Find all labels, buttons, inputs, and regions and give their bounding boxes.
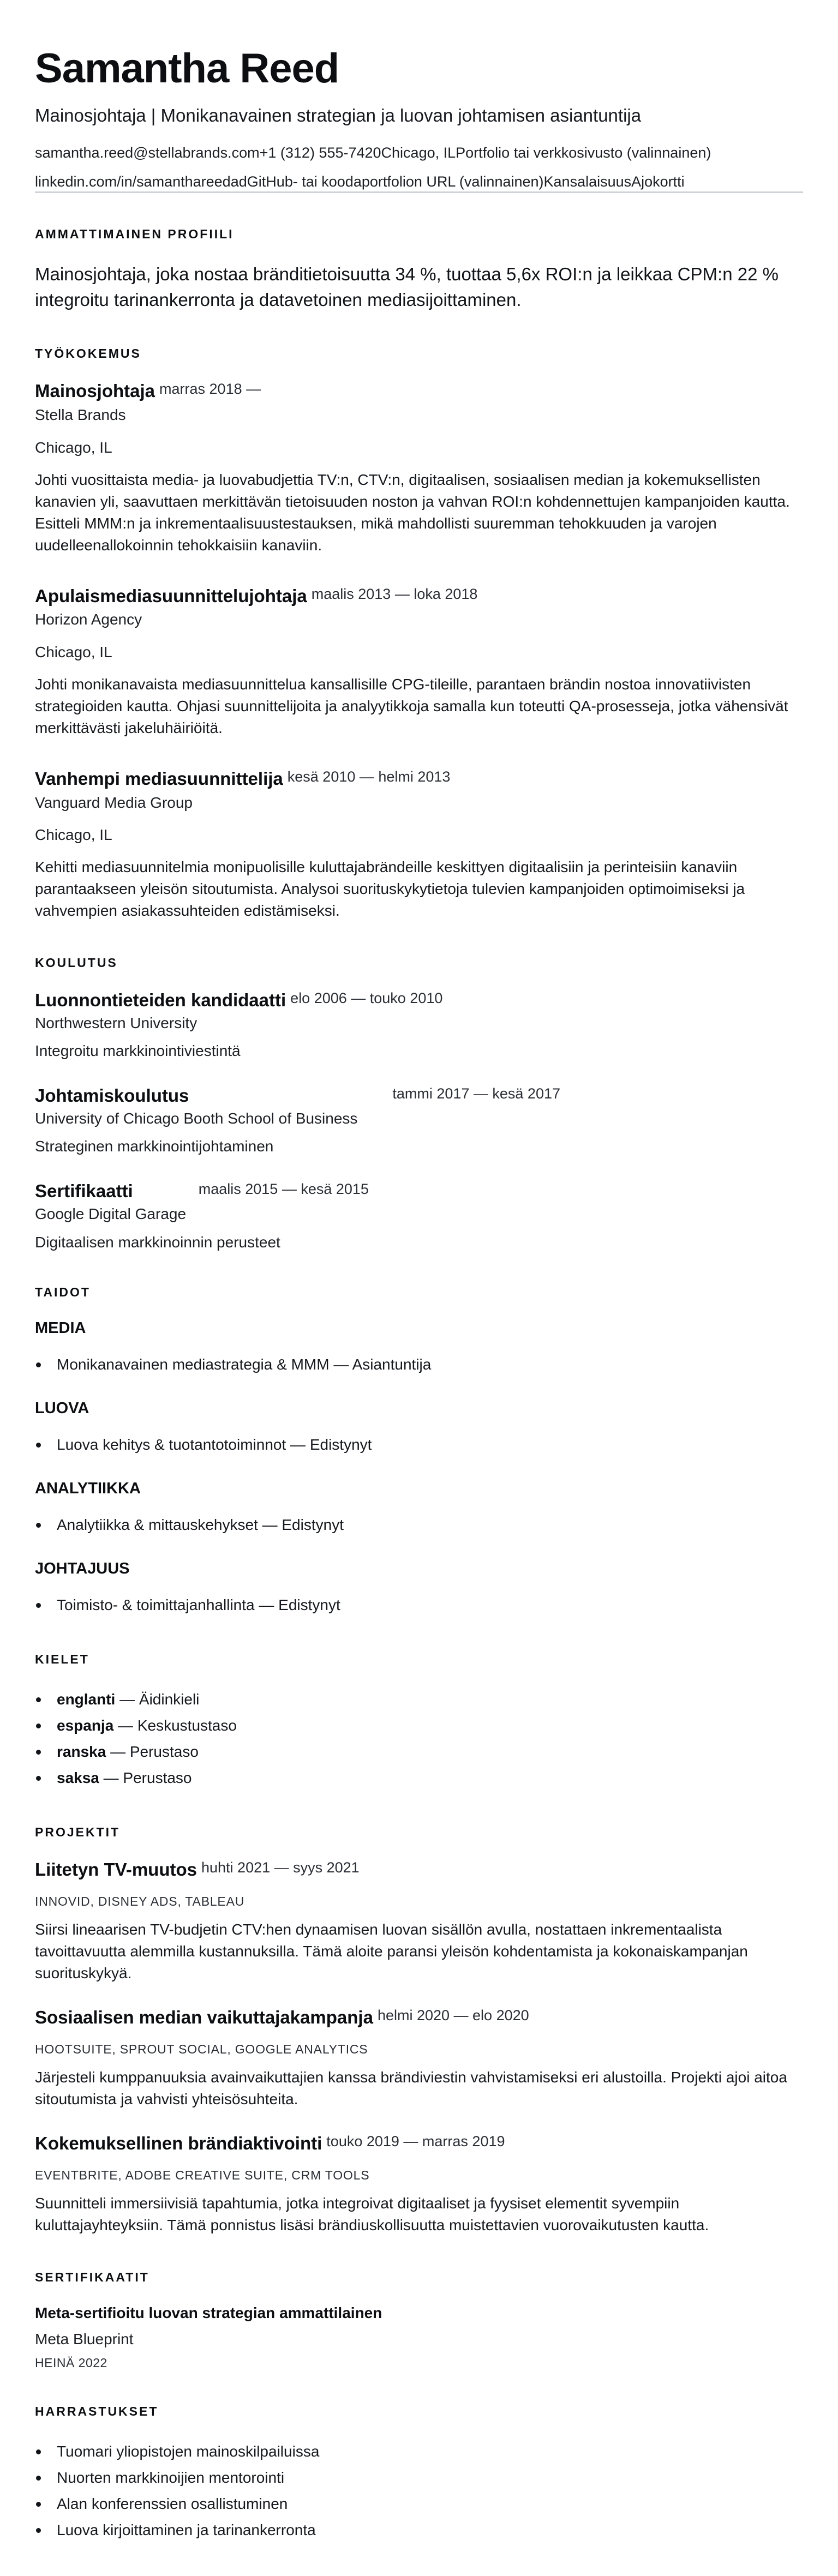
- job-entry: Vanhempi mediasuunnittelija kesä 2010 — …: [35, 768, 803, 922]
- job-title: Vanhempi mediasuunnittelija: [35, 768, 283, 789]
- project-entry: Liitetyn TV-muutos huhti 2021 — syys 202…: [35, 1859, 803, 1984]
- language-level: — Perustaso: [99, 1769, 192, 1786]
- certification-date: heinä 2022: [35, 2356, 803, 2370]
- language-name: saksa: [57, 1769, 99, 1786]
- linkedin-link[interactable]: linkedin.com/in/samanthareedad: [35, 173, 247, 190]
- skills-section: Taidot MEDIA Monikanavainen mediastrateg…: [35, 1285, 803, 1618]
- profile-section: Ammattimainen profiili Mainosjohtaja, jo…: [35, 227, 803, 313]
- interest-item: Luova kirjoittaminen ja tarinankerronta: [35, 2517, 803, 2543]
- projects-section: Projektit Liitetyn TV-muutos huhti 2021 …: [35, 1825, 803, 2236]
- resume-header: Samantha Reed Mainosjohtaja | Monikanava…: [35, 47, 803, 193]
- job-description: Johti monikanavaista mediasuunnittelua k…: [35, 674, 803, 739]
- school-name: Google Digital Garage: [35, 1205, 803, 1223]
- job-dates: kesä 2010 — helmi 2013: [288, 768, 451, 784]
- project-name: Kokemuksellinen brändiaktivointi: [35, 2133, 322, 2154]
- skill-category: LUOVA Luova kehitys & tuotantotoiminnot …: [35, 1400, 803, 1458]
- degree-title: Sertifikaatti: [35, 1181, 133, 1202]
- job-location: Chicago, IL: [35, 643, 803, 662]
- section-title-education: Koulutus: [35, 956, 803, 970]
- experience-section: Työkokemus Mainosjohtaja marras 2018 — S…: [35, 346, 803, 921]
- project-dates: helmi 2020 — elo 2020: [378, 2007, 529, 2023]
- education-entry: Luonnontieteiden kandidaatti elo 2006 — …: [35, 990, 803, 1060]
- language-name: espanja: [57, 1717, 113, 1734]
- skill-item: Monikanavainen mediastrategia & MMM — As…: [35, 1352, 803, 1378]
- education-entry: Johtamiskoulutus tammi 2017 — kesä 2017 …: [35, 1085, 803, 1156]
- language-name: ranska: [57, 1743, 106, 1760]
- email-link[interactable]: samantha.reed@stellabrands.com: [35, 145, 260, 161]
- project-description: Järjesteli kumppanuuksia avainvaikuttaji…: [35, 2067, 803, 2110]
- language-level: — Äidinkieli: [115, 1691, 199, 1708]
- job-company: Horizon Agency: [35, 610, 803, 629]
- project-tools: Innovid, Disney Ads, Tableau: [35, 1894, 803, 1909]
- resume-page: Samantha Reed Mainosjohtaja | Monikanava…: [0, 0, 838, 2576]
- job-dates: maalis 2013 — loka 2018: [312, 586, 478, 602]
- job-title: Apulaismediasuunnittelujohtaja: [35, 586, 307, 607]
- job-location: Chicago, IL: [35, 439, 803, 457]
- certification-issuer: Meta Blueprint: [35, 2331, 803, 2348]
- citizenship: Kansalaisuus: [544, 173, 632, 190]
- candidate-name: Samantha Reed: [35, 47, 803, 91]
- certifications-section: Sertifikaatit Meta-sertifioitu luovan st…: [35, 2270, 803, 2370]
- contact-line-primary: samantha.reed@stellabrands.com+1 (312) 5…: [35, 146, 803, 160]
- contact-line-secondary: linkedin.com/in/samanthareedadGitHub- ta…: [35, 175, 803, 193]
- job-company: Vanguard Media Group: [35, 794, 803, 812]
- section-title-profile: Ammattimainen profiili: [35, 227, 803, 242]
- interest-item: Nuorten markkinoijien mentorointi: [35, 2465, 803, 2491]
- project-entry: Sosiaalisen median vaikuttajakampanja he…: [35, 2007, 803, 2110]
- language-item: espanja — Keskustustaso: [35, 1713, 803, 1739]
- candidate-headline: Mainosjohtaja | Monikanavainen strategia…: [35, 105, 803, 127]
- language-item: englanti — Äidinkieli: [35, 1686, 803, 1713]
- github-link[interactable]: GitHub- tai koodaportfolion URL (valinna…: [247, 173, 544, 190]
- education-section: Koulutus Luonnontieteiden kandidaatti el…: [35, 956, 803, 1251]
- degree-title: Luonnontieteiden kandidaatti: [35, 990, 286, 1011]
- job-entry: Apulaismediasuunnittelujohtaja maalis 20…: [35, 586, 803, 739]
- project-description: Suunnitteli immersiivisiä tapahtumia, jo…: [35, 2193, 803, 2236]
- education-dates: maalis 2015 — kesä 2015: [199, 1181, 369, 1197]
- language-level: — Perustaso: [106, 1743, 199, 1760]
- field-of-study: Digitaalisen markkinoinnin perusteet: [35, 1233, 803, 1252]
- interest-item: Alan konferenssien osallistuminen: [35, 2491, 803, 2517]
- languages-section: Kielet englanti — Äidinkieli espanja — K…: [35, 1652, 803, 1791]
- job-company: Stella Brands: [35, 406, 803, 424]
- field-of-study: Integroitu markkinointiviestintä: [35, 1042, 803, 1060]
- certification-name: Meta-sertifioitu luovan strategian ammat…: [35, 2304, 803, 2322]
- profile-summary: Mainosjohtaja, joka nostaa bränditietois…: [35, 261, 803, 313]
- language-item: ranska — Perustaso: [35, 1739, 803, 1765]
- skill-category-name: JOHTAJUUS: [35, 1560, 803, 1578]
- skill-category-name: MEDIA: [35, 1319, 803, 1337]
- skill-category: MEDIA Monikanavainen mediastrategia & MM…: [35, 1319, 803, 1378]
- school-name: Northwestern University: [35, 1014, 803, 1032]
- location: Chicago, IL: [381, 145, 456, 161]
- project-description: Siirsi lineaarisen TV-budjetin CTV:hen d…: [35, 1919, 803, 1984]
- skill-category: ANALYTIIKKA Analytiikka & mittauskehykse…: [35, 1480, 803, 1538]
- section-title-projects: Projektit: [35, 1825, 803, 1840]
- job-entry: Mainosjohtaja marras 2018 — Stella Brand…: [35, 381, 803, 556]
- certification-entry: Meta-sertifioitu luovan strategian ammat…: [35, 2304, 803, 2370]
- school-name: University of Chicago Booth School of Bu…: [35, 1109, 803, 1128]
- project-dates: huhti 2021 — syys 2021: [201, 1859, 360, 1875]
- project-dates: touko 2019 — marras 2019: [326, 2133, 505, 2149]
- job-dates: marras 2018 —: [159, 381, 261, 397]
- project-tools: Eventbrite, Adobe Creative Suite, CRM To…: [35, 2168, 803, 2183]
- education-dates: elo 2006 — touko 2010: [290, 990, 442, 1006]
- interests-section: Harrastukset Tuomari yliopistojen mainos…: [35, 2404, 803, 2543]
- language-level: — Keskustustaso: [113, 1717, 237, 1734]
- degree-title: Johtamiskoulutus: [35, 1085, 189, 1106]
- skill-category-name: LUOVA: [35, 1400, 803, 1418]
- section-title-experience: Työkokemus: [35, 346, 803, 361]
- field-of-study: Strateginen markkinointijohtaminen: [35, 1137, 803, 1156]
- section-title-skills: Taidot: [35, 1285, 803, 1300]
- education-dates: tammi 2017 — kesä 2017: [392, 1085, 560, 1101]
- education-entry: Sertifikaatti maalis 2015 — kesä 2015 Go…: [35, 1181, 803, 1251]
- job-description: Kehitti mediasuunnitelmia monipuolisille…: [35, 856, 803, 922]
- section-title-certifications: Sertifikaatit: [35, 2270, 803, 2285]
- job-description: Johti vuosittaista media- ja luovabudjet…: [35, 469, 803, 556]
- project-tools: Hootsuite, Sprout Social, Google Analyti…: [35, 2042, 803, 2057]
- project-name: Sosiaalisen median vaikuttajakampanja: [35, 2007, 373, 2028]
- skill-category-name: ANALYTIIKKA: [35, 1480, 803, 1498]
- skill-category: JOHTAJUUS Toimisto- & toimittajanhallint…: [35, 1560, 803, 1618]
- project-entry: Kokemuksellinen brändiaktivointi touko 2…: [35, 2133, 803, 2236]
- interest-item: Tuomari yliopistojen mainoskilpailuissa: [35, 2439, 803, 2465]
- section-title-languages: Kielet: [35, 1652, 803, 1667]
- language-name: englanti: [57, 1691, 115, 1708]
- job-title: Mainosjohtaja: [35, 381, 155, 401]
- skill-item: Toimisto- & toimittajanhallinta — Edisty…: [35, 1592, 803, 1618]
- language-item: saksa — Perustaso: [35, 1765, 803, 1791]
- drivers-license: Ajokortti: [631, 173, 685, 190]
- job-location: Chicago, IL: [35, 826, 803, 844]
- portfolio-link[interactable]: Portfolio tai verkkosivusto (valinnainen…: [456, 145, 711, 161]
- section-title-interests: Harrastukset: [35, 2404, 803, 2419]
- skill-item: Analytiikka & mittauskehykset — Edistyny…: [35, 1512, 803, 1538]
- phone-number[interactable]: +1 (312) 555-7420: [260, 145, 381, 161]
- skill-item: Luova kehitys & tuotantotoiminnot — Edis…: [35, 1432, 803, 1458]
- project-name: Liitetyn TV-muutos: [35, 1859, 197, 1880]
